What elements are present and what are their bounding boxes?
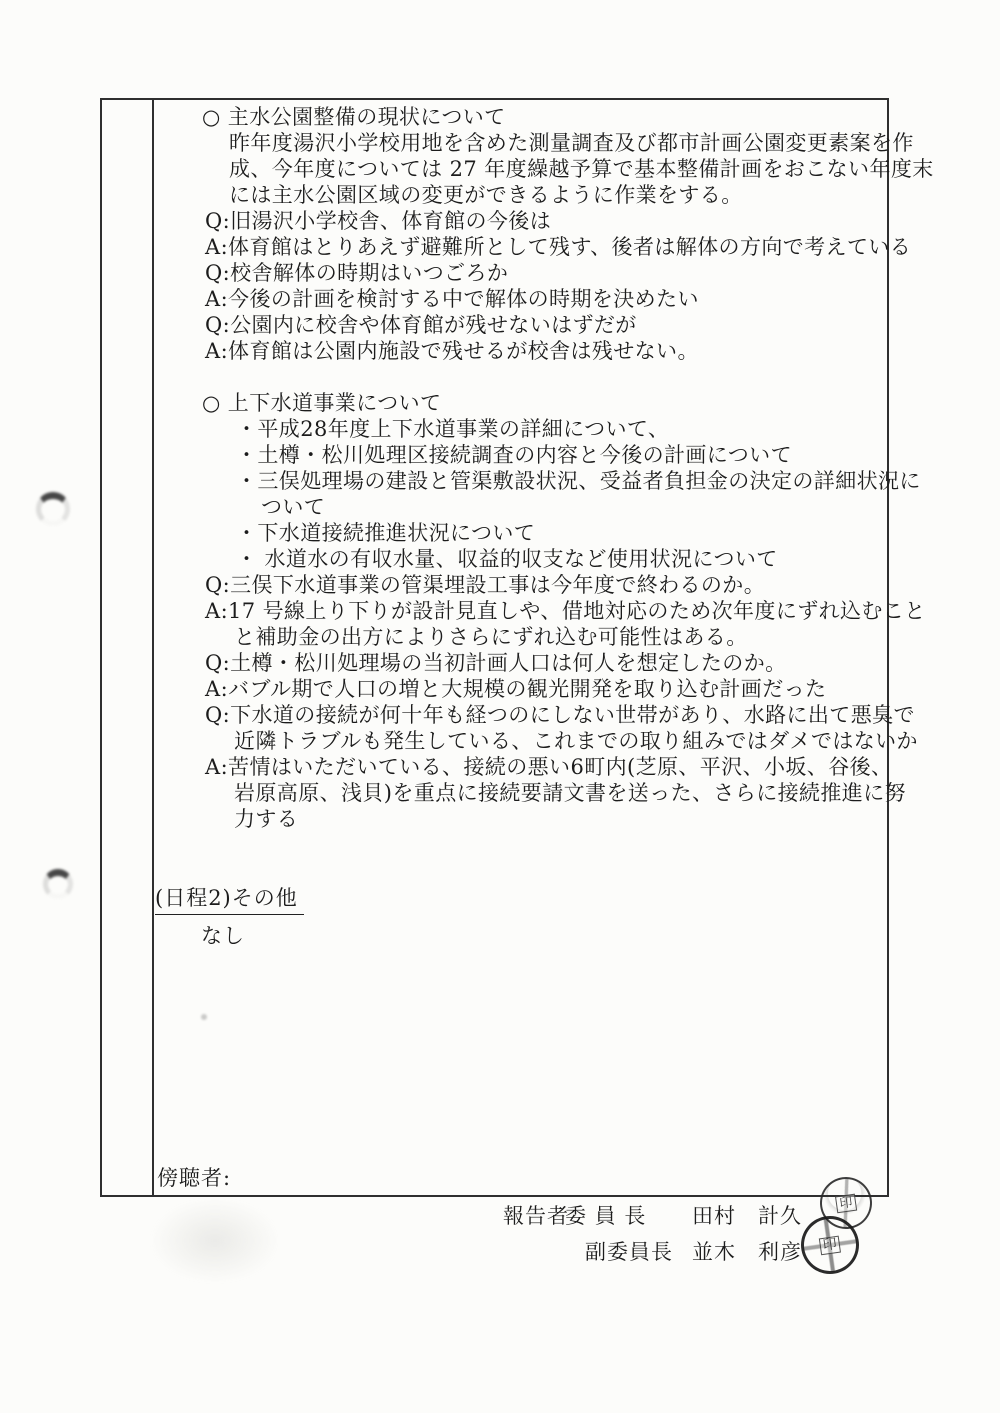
doc-line-qa: A:体育館は公園内施設で残せるが校舎は残せない。 [152,338,889,364]
doc-line-qa: A:今後の計画を検討する中で解体の時期を決めたい [152,286,889,312]
minutes-body: ○ 主水公園整備の現状について昨年度湯沢小学校用地を含めた測量調査及び都市計画公… [152,104,889,832]
doc-line-qa: A:体育館はとりあえず避難所として残す、後者は解体の方向で考えている [152,234,889,260]
doc-line-bullet: ・下水道接続推進状況について [152,520,889,546]
agenda2-body: なし [201,920,304,950]
doc-line-qa-cont: と補助金の出方によりさらにずれ込む可能性はある。 [152,624,889,650]
doc-line-qa-cont: 力する [152,806,889,832]
doc-line-qa: Q:三俣下水道事業の管渠埋設工事は今年度で終わるのか。 [152,572,889,598]
hanko-seal-glyph: 印 [835,1193,856,1212]
doc-line-qa: Q:土樽・松川処理場の当初計画人口は何人を想定したのか。 [152,650,889,676]
doc-line-topic: ○ 上下水道事業について [152,390,889,416]
doc-line-bullet-cont: ついて [152,494,889,520]
doc-line-bullet: ・三俣処理場の建設と管渠敷設状況、受益者負担金の決定の詳細状況に [152,468,889,494]
doc-line-qa: Q:校舎解体の時期はいつごろか [152,260,889,286]
doc-line-para: 昨年度湯沢小学校用地を含めた測量調査及び都市計画公園変更素案を作 [152,130,889,156]
doc-line-topic: ○ 主水公園整備の現状について [152,104,889,130]
spectators-label: 傍聴者: [157,1162,231,1192]
agenda2-heading: (日程2)その他 [155,882,304,915]
punch-hole-shadow-bottom [43,869,73,899]
agenda2-section: (日程2)その他 なし [155,882,304,950]
scan-smudge-artifact [150,1198,280,1283]
doc-line-bullet: ・平成28年度上下水道事業の詳細について、 [152,416,889,442]
doc-line-qa: A:バブル期で人口の増と大規模の観光開発を取り込む計画だった [152,676,889,702]
vice-chairman-role-label: 副委員長 [585,1236,673,1266]
doc-line-qa: A:苦情はいただいている、接続の悪い6町内(芝原、平沢、小坂、谷後、 [152,754,889,780]
scanned-minutes-page: ○ 主水公園整備の現状について昨年度湯沢小学校用地を含めた測量調査及び都市計画公… [0,0,1000,1413]
doc-line-bullet: ・ 水道水の有収水量、収益的収支など使用状況について [152,546,889,572]
punch-hole-shadow-top [36,492,70,526]
doc-line-qa: Q:下水道の接続が何十年も経つのにしない世帯があり、水路に出て悪臭で [152,702,889,728]
doc-line-qa: A:17 号線上り下りが設計見直しや、借地対応のため次年度にずれ込むこと [152,598,889,624]
doc-line-para: には主水公園区域の変更ができるように作業をする。 [152,182,889,208]
doc-line-qa: Q:公園内に校舎や体育館が残せないはずだが [152,312,889,338]
doc-line-qa-cont: 近隣トラブルも発生している、これまでの取り組みではダメではないか [152,728,889,754]
chairman-role-label: 委 員 長 [565,1200,646,1230]
doc-line-para: 成、今年度については 27 年度繰越予算で基本整備計画をおこない年度末 [152,156,889,182]
chairman-name: 田村 計久 [692,1200,802,1230]
vice-chairman-name: 並木 利彦 [692,1236,802,1266]
doc-line-bullet: ・土樽・松川処理区接続調査の内容と今後の計画について [152,442,889,468]
doc-line-qa-cont: 岩原高原、浅貝)を重点に接続要請文書を送った、さらに接続推進に努 [152,780,889,806]
doc-line-blank [152,364,889,390]
minutes-table-box: ○ 主水公園整備の現状について昨年度湯沢小学校用地を含めた測量調査及び都市計画公… [100,98,889,1197]
hanko-seal-glyph: 印 [819,1235,841,1255]
doc-line-qa: Q:旧湯沢小学校舎、体育館の今後は [152,208,889,234]
reporter-label: 報告者 [503,1200,569,1230]
